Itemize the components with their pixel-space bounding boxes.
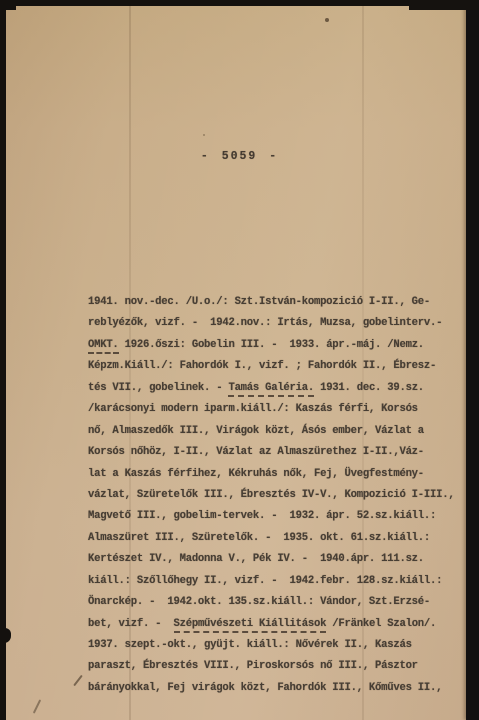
text-segment: Kertészet IV., Madonna V., Pék IV. - 194… bbox=[88, 553, 424, 565]
scanned-document-page: - 5059 - 1941. nov.-dec. /U.o./: Szt.Ist… bbox=[0, 0, 479, 720]
scan-border-left bbox=[0, 0, 6, 720]
text-line: 1937. szept.-okt., gyüjt. kiáll.: Nővére… bbox=[88, 639, 456, 660]
text-line: reblyézők, vizf. - 1942.nov.: Irtás, Muz… bbox=[88, 317, 456, 338]
text-line: bárányokkal, Fej virágok közt, Fahordók … bbox=[88, 682, 456, 703]
text-segment: bárányokkal, Fej virágok közt, Fahordók … bbox=[88, 682, 442, 694]
text-line: Képzm.Kiáll./: Fahordók I., vizf. ; Faho… bbox=[88, 360, 456, 381]
text-line: 1941. nov.-dec. /U.o./: Szt.István-kompo… bbox=[88, 296, 456, 317]
text-segment: Almaszüret III., Szüretelők. - 1935. okt… bbox=[88, 532, 430, 544]
text-line: nő, Almaszedők III., Virágok közt, Ásós … bbox=[88, 425, 456, 446]
scan-border-top bbox=[0, 0, 479, 6]
text-segment: reblyézők, vizf. - 1942.nov.: Irtás, Muz… bbox=[88, 317, 442, 329]
scan-speck bbox=[325, 18, 329, 22]
text-segment: nő, Almaszedők III., Virágok közt, Ásós … bbox=[88, 425, 424, 437]
text-segment: paraszt, Ébresztés VIII., Piroskorsós nő… bbox=[88, 660, 418, 672]
text-segment: /karácsonyi modern iparm.kiáll./: Kaszás… bbox=[88, 403, 418, 415]
pen-mark bbox=[33, 699, 41, 713]
text-line: paraszt, Ébresztés VIII., Piroskorsós nő… bbox=[88, 660, 456, 681]
text-line: OMKT. 1926.őszi: Gobelin III. - 1933. áp… bbox=[88, 339, 456, 360]
pen-mark bbox=[73, 675, 83, 686]
text-segment: Magvető III., gobelim-tervek. - 1932. áp… bbox=[88, 510, 436, 522]
text-line: Almaszüret III., Szüretelők. - 1935. okt… bbox=[88, 532, 456, 553]
scan-border-corner-top-right bbox=[409, 0, 479, 10]
underlined-text-segment: Szépművészeti Kiállitások bbox=[174, 618, 327, 633]
text-segment: 1937. szept.-okt., gyüjt. kiáll.: Nővére… bbox=[88, 639, 412, 651]
text-segment: bet, vizf. - bbox=[88, 618, 174, 630]
text-segment: 1931. dec. 39.sz. bbox=[314, 382, 424, 394]
text-segment: tés VII., gobelinek. - bbox=[88, 382, 228, 394]
text-segment: lat a Kaszás férfihez, Kékruhás nők, Fej… bbox=[88, 468, 424, 480]
text-line: lat a Kaszás férfihez, Kékruhás nők, Fej… bbox=[88, 468, 456, 489]
text-line: vázlat, Szüretelők III., Ébresztés IV-V.… bbox=[88, 489, 456, 510]
text-segment: Önarckép. - 1942.okt. 135.sz.kiáll.: Ván… bbox=[88, 596, 430, 608]
text-segment: /Fränkel Szalon/. bbox=[326, 618, 436, 630]
text-line: Kertészet IV., Madonna V., Pék IV. - 194… bbox=[88, 553, 456, 574]
typewritten-text: 1941. nov.-dec. /U.o./: Szt.István-kompo… bbox=[88, 296, 456, 703]
scan-border-notch bbox=[0, 628, 11, 643]
underlined-text-segment: OMKT. bbox=[88, 339, 119, 354]
scan-border-right bbox=[466, 0, 479, 720]
scan-border-corner-top-left bbox=[0, 0, 16, 10]
text-segment: kiáll.: Szőllőhegy II., vizf. - 1942.feb… bbox=[88, 575, 442, 587]
text-line: Magvető III., gobelim-tervek. - 1932. áp… bbox=[88, 510, 456, 531]
text-segment: vázlat, Szüretelők III., Ébresztés IV-V.… bbox=[88, 489, 454, 501]
text-segment: Képzm.Kiáll./: Fahordók I., vizf. ; Faho… bbox=[88, 360, 436, 372]
text-line: Önarckép. - 1942.okt. 135.sz.kiáll.: Ván… bbox=[88, 596, 456, 617]
text-segment: 1941. nov.-dec. /U.o./: Szt.István-kompo… bbox=[88, 296, 430, 308]
page-number: - 5059 - bbox=[0, 150, 479, 163]
text-line: Korsós nőhöz, I-II., Vázlat az Almaszüre… bbox=[88, 446, 456, 467]
underlined-text-segment: Tamás Galéria. bbox=[228, 382, 314, 397]
text-line: tés VII., gobelinek. - Tamás Galéria. 19… bbox=[88, 382, 456, 403]
text-segment: 1926.őszi: Gobelin III. - 1933. ápr.-máj… bbox=[119, 339, 424, 351]
text-line: /karácsonyi modern iparm.kiáll./: Kaszás… bbox=[88, 403, 456, 424]
text-line: bet, vizf. - Szépművészeti Kiállitások /… bbox=[88, 618, 456, 639]
text-segment: Korsós nőhöz, I-II., Vázlat az Almaszüre… bbox=[88, 446, 424, 458]
scan-speck bbox=[203, 134, 205, 136]
text-line: kiáll.: Szőllőhegy II., vizf. - 1942.feb… bbox=[88, 575, 456, 596]
